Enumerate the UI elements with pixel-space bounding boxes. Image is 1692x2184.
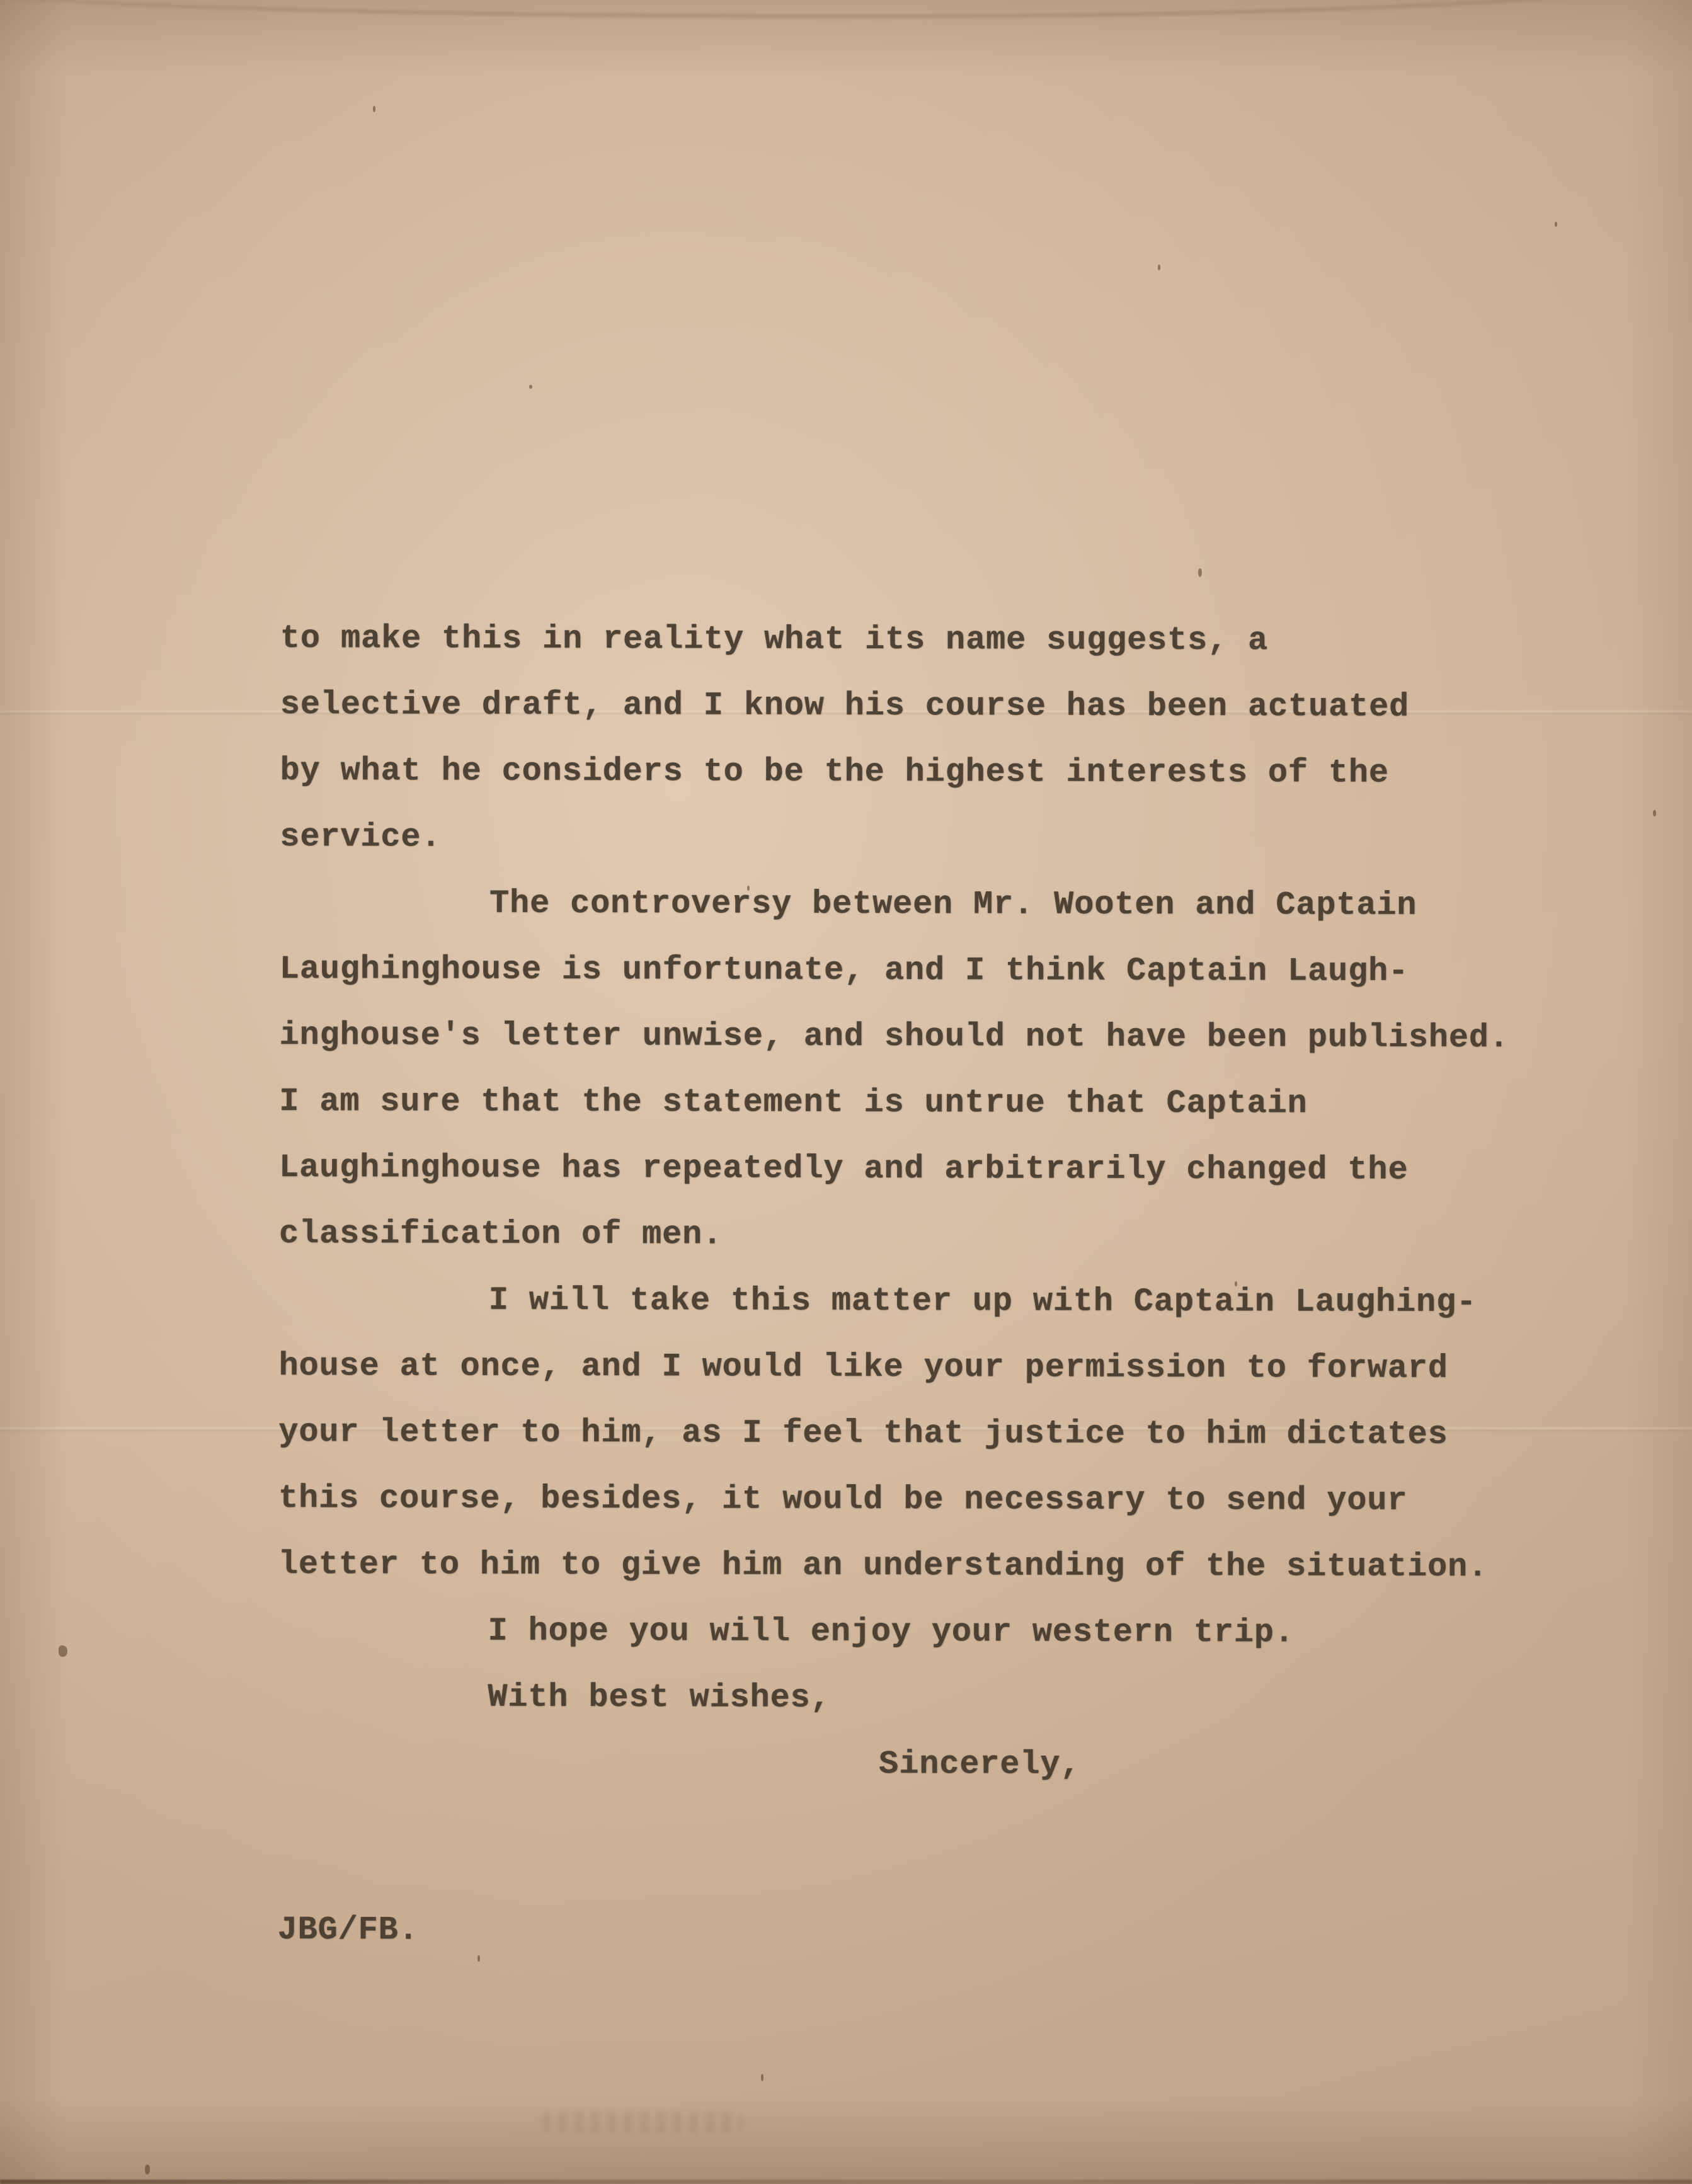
letter-line: letter to him to give him an understandi… xyxy=(278,1531,1601,1600)
paper-speck xyxy=(1555,222,1557,227)
letter-line: house at once, and I would like your per… xyxy=(278,1333,1601,1402)
typist-initials: JBG/FB. xyxy=(277,1897,1600,1965)
letter-line: I hope you will enjoy your western trip. xyxy=(278,1598,1601,1666)
paper-speck xyxy=(1158,265,1160,270)
signature-line: Sincerely, xyxy=(278,1730,1601,1798)
letter-body: to make this in reality what its name su… xyxy=(277,605,1603,1965)
letter-line: Laughinghouse has repeatedly and arbitra… xyxy=(279,1135,1602,1203)
letter-page-scan: to make this in reality what its name su… xyxy=(0,0,1692,2184)
paper-speck xyxy=(529,385,532,389)
paper-speck xyxy=(1198,568,1202,577)
paper-speck xyxy=(373,106,375,112)
letter-line: inghouse's letter unwise, and should not… xyxy=(279,1002,1602,1071)
paper-top-edge xyxy=(0,0,1692,18)
letter-line: to make this in reality what its name su… xyxy=(280,605,1603,674)
letter-line: selective draft, and I know his course h… xyxy=(280,672,1603,740)
letter-line: With best wishes, xyxy=(278,1664,1601,1732)
ink-bleedthrough-smudge xyxy=(542,2112,743,2133)
letter-line: I will take this matter up with Captain … xyxy=(279,1267,1602,1335)
letter-line: your letter to him, as I feel that justi… xyxy=(278,1399,1601,1468)
letter-line: Laughinghouse is unfortunate, and I thin… xyxy=(280,936,1603,1005)
paper-speck xyxy=(145,2164,150,2175)
letter-line: by what he considers to be the highest i… xyxy=(280,738,1603,806)
letter-line: classification of men. xyxy=(279,1201,1602,1269)
letter-line: I am sure that the statement is untrue t… xyxy=(279,1068,1602,1137)
letter-line: this course, besides, it would be necess… xyxy=(278,1465,1601,1534)
paper-speck xyxy=(59,1645,67,1657)
letter-line: The controversy between Mr. Wooten and C… xyxy=(280,870,1603,939)
paper-speck xyxy=(1653,810,1656,816)
letter-line: service. xyxy=(280,804,1603,872)
paper-bottom-edge xyxy=(0,2180,1692,2184)
paper-speck xyxy=(761,2074,763,2081)
